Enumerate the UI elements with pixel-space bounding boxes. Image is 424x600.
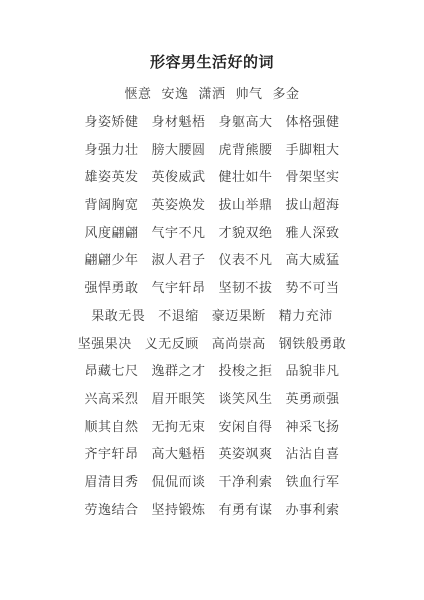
- word: 谈笑风生: [219, 388, 273, 407]
- word-row: 背阔胸宽英姿焕发拔山举鼎拔山超海: [0, 190, 424, 218]
- word: 高大威猛: [286, 249, 340, 268]
- word: 兴高采烈: [84, 388, 138, 407]
- word: 投梭之拒: [219, 360, 273, 379]
- word: 沾沾自喜: [286, 443, 340, 462]
- word: 精力充沛: [279, 305, 333, 324]
- word: 昂藏七尺: [84, 360, 138, 379]
- word: 豪迈果断: [212, 305, 266, 324]
- word-row: 昂藏七尺逸群之才投梭之拒品貌非凡: [0, 356, 424, 384]
- word: 淑人君子: [151, 249, 205, 268]
- word: 惬意: [124, 83, 151, 102]
- word: 健壮如牛: [219, 166, 273, 185]
- word: 英姿飒爽: [219, 443, 273, 462]
- word: 义无反顾: [145, 333, 199, 352]
- word: 英勇顽强: [286, 388, 340, 407]
- word: 有勇有谋: [219, 499, 273, 518]
- word-row: 强悍勇敢气宇轩昂坚韧不拔势不可当: [0, 273, 424, 301]
- word: 身姿矫健: [84, 111, 138, 130]
- word: 雄姿英发: [84, 166, 138, 185]
- word-row: 惬意安逸潇洒帅气多金: [0, 79, 424, 107]
- word: 干净利索: [219, 471, 273, 490]
- word: 高大魁梧: [151, 443, 205, 462]
- word: 势不可当: [286, 277, 340, 296]
- word: 身躯高大: [219, 111, 273, 130]
- word: 多金: [273, 83, 300, 102]
- word: 膀大腰圆: [151, 139, 205, 158]
- word: 雅人深致: [286, 222, 340, 241]
- word: 翩翩少年: [84, 249, 138, 268]
- word: 拔山超海: [286, 194, 340, 213]
- word: 骨架坚实: [286, 166, 340, 185]
- word: 无拘无束: [151, 416, 205, 435]
- word-row: 身强力壮膀大腰圆虎背熊腰手脚粗大: [0, 134, 424, 162]
- word-row: 劳逸结合坚持锻炼有勇有谋办事利索: [0, 494, 424, 522]
- word: 钢铁般勇敢: [279, 333, 347, 352]
- word-row: 眉清目秀侃侃而谈干净利索铁血行军: [0, 467, 424, 495]
- word: 气宇轩昂: [151, 277, 205, 296]
- word: 帅气: [236, 83, 263, 102]
- word-row: 雄姿英发英俊威武健壮如牛骨架坚实: [0, 162, 424, 190]
- word: 果敢无畏: [91, 305, 145, 324]
- word: 背阔胸宽: [84, 194, 138, 213]
- word: 身材魁梧: [151, 111, 205, 130]
- word: 气宇不凡: [151, 222, 205, 241]
- word-row: 身姿矫健身材魁梧身躯高大体格强健: [0, 107, 424, 135]
- word: 逸群之才: [151, 360, 205, 379]
- word: 风度翩翩: [84, 222, 138, 241]
- word: 铁血行军: [286, 471, 340, 490]
- word: 身强力壮: [84, 139, 138, 158]
- word: 劳逸结合: [84, 499, 138, 518]
- word: 手脚粗大: [286, 139, 340, 158]
- word: 仪表不凡: [219, 249, 273, 268]
- word: 安逸: [161, 83, 188, 102]
- word: 高尚崇高: [212, 333, 266, 352]
- page-title: 形容男生活好的词: [0, 52, 424, 72]
- word: 品貌非凡: [286, 360, 340, 379]
- word: 眉开眼笑: [151, 388, 205, 407]
- word: 不退缩: [158, 305, 199, 324]
- word: 拔山举鼎: [219, 194, 273, 213]
- word-row: 齐宇轩昂高大魁梧英姿飒爽沾沾自喜: [0, 439, 424, 467]
- word: 眉清目秀: [84, 471, 138, 490]
- word: 安闲自得: [219, 416, 273, 435]
- word: 英俊威武: [151, 166, 205, 185]
- word: 坚持锻炼: [151, 499, 205, 518]
- word: 潇洒: [198, 83, 225, 102]
- word: 坚韧不拔: [219, 277, 273, 296]
- word: 神采飞扬: [286, 416, 340, 435]
- word: 齐宇轩昂: [84, 443, 138, 462]
- word: 英姿焕发: [151, 194, 205, 213]
- word-row: 兴高采烈眉开眼笑谈笑风生英勇顽强: [0, 384, 424, 412]
- word-row: 果敢无畏不退缩豪迈果断精力充沛: [0, 301, 424, 329]
- word-row: 翩翩少年淑人君子仪表不凡高大威猛: [0, 245, 424, 273]
- word: 侃侃而谈: [151, 471, 205, 490]
- document-page: 形容男生活好的词 惬意安逸潇洒帅气多金身姿矫健身材魁梧身躯高大体格强健身强力壮膀…: [0, 0, 424, 600]
- word-row: 坚强果决义无反顾高尚崇高钢铁般勇敢: [0, 328, 424, 356]
- word: 体格强健: [286, 111, 340, 130]
- word: 强悍勇敢: [84, 277, 138, 296]
- word: 虎背熊腰: [219, 139, 273, 158]
- word-row: 风度翩翩气宇不凡才貌双绝雅人深致: [0, 217, 424, 245]
- word-list: 惬意安逸潇洒帅气多金身姿矫健身材魁梧身躯高大体格强健身强力壮膀大腰圆虎背熊腰手脚…: [0, 79, 424, 522]
- word: 顺其自然: [84, 416, 138, 435]
- word: 坚强果决: [78, 333, 132, 352]
- word: 才貌双绝: [219, 222, 273, 241]
- word: 办事利索: [286, 499, 340, 518]
- word-row: 顺其自然无拘无束安闲自得神采飞扬: [0, 411, 424, 439]
